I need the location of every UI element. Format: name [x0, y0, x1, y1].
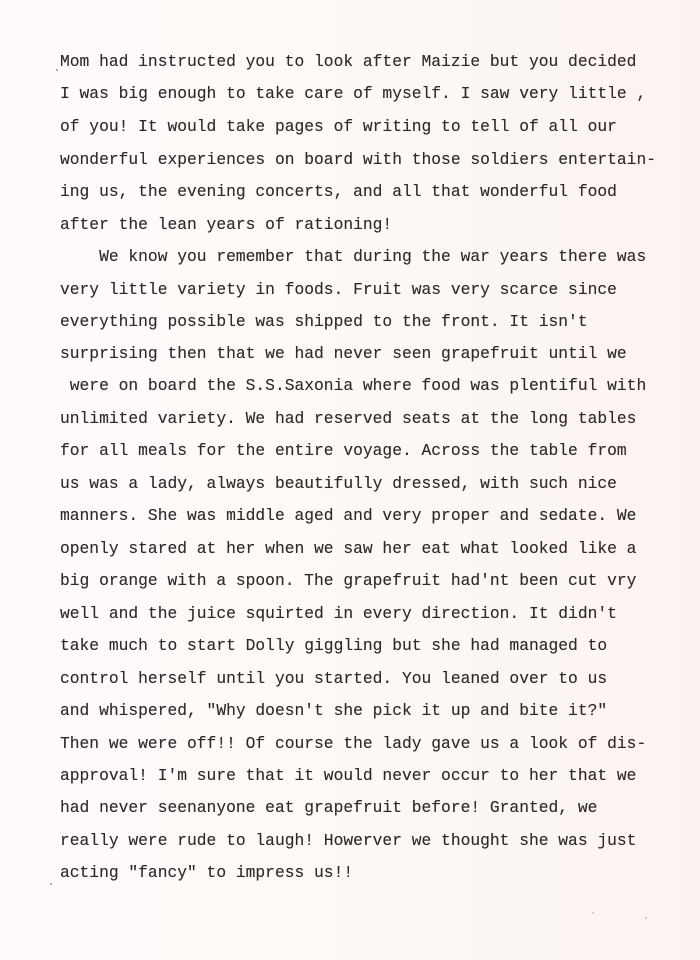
paper-speck [645, 917, 647, 919]
text-line: Then we were off!! Of course the lady ga… [60, 734, 646, 754]
text-line: big orange with a spoon. The grapefruit … [60, 571, 636, 591]
text-line: really were rude to laugh! Howerver we t… [60, 831, 636, 851]
text-line: wonderful experiences on board with thos… [60, 150, 656, 170]
text-line: manners. She was middle aged and very pr… [60, 506, 636, 526]
text-line: surprising then that we had never seen g… [60, 344, 627, 364]
text-line: very little variety in foods. Fruit was … [60, 280, 617, 300]
text-line: acting "fancy" to impress us!! [60, 863, 353, 883]
text-line: us was a lady, always beautifully dresse… [60, 474, 617, 494]
text-line: after the lean years of rationing! [60, 215, 392, 235]
text-line: ing us, the evening concerts, and all th… [60, 182, 617, 202]
text-line: well and the juice squirted in every dir… [60, 604, 617, 624]
paper-speck [56, 69, 58, 71]
text-line: and whispered, "Why doesn't she pick it … [60, 701, 607, 721]
text-line: control herself until you started. You l… [60, 669, 607, 689]
paper-speck [592, 912, 594, 914]
text-line: Mom had instructed you to look after Mai… [60, 52, 636, 72]
text-line: I was big enough to take care of myself.… [60, 84, 646, 104]
text-line: everything possible was shipped to the f… [60, 312, 588, 332]
typewritten-page: Mom had instructed you to look after Mai… [0, 0, 700, 960]
text-line: had never seenanyone eat grapefruit befo… [60, 798, 597, 818]
text-line: approval! I'm sure that it would never o… [60, 766, 636, 786]
text-line: We know you remember that during the war… [60, 247, 646, 267]
text-line: openly stared at her when we saw her eat… [60, 539, 636, 559]
text-line: were on board the S.S.Saxonia where food… [60, 376, 646, 396]
text-line: take much to start Dolly giggling but sh… [60, 636, 607, 656]
text-line: unlimited variety. We had reserved seats… [60, 409, 636, 429]
text-line: of you! It would take pages of writing t… [60, 117, 617, 137]
text-line: for all meals for the entire voyage. Acr… [60, 441, 627, 461]
paper-speck [50, 883, 52, 885]
